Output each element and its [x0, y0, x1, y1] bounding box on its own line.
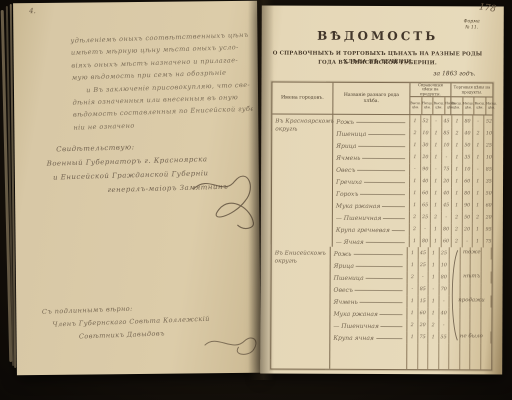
price-value: 1 — [473, 151, 484, 163]
price-value: 40 — [439, 307, 450, 319]
price-value: 1 — [428, 307, 439, 319]
price-value: 10 — [421, 127, 432, 139]
empty-cell — [407, 343, 418, 369]
table-row: Ячмень1201-135110 — [333, 151, 494, 164]
empty-cell — [428, 343, 439, 369]
price-value: 1 — [431, 187, 442, 199]
price-value: 25 — [418, 259, 429, 271]
price-value: 1 — [452, 139, 463, 151]
price-value — [450, 259, 461, 271]
price-value: 80 — [439, 271, 450, 283]
price-value: 80 — [441, 223, 452, 235]
grain-cell: Крупа ячная — [330, 331, 407, 343]
price-value: 60 — [418, 307, 429, 319]
handwritten-dash — [364, 182, 405, 183]
price-value: 1 — [410, 115, 421, 127]
left-page: 4. удѣленіемъ оныхъ соотвѣтственныхъ цѣн… — [13, 1, 261, 376]
signature-block: Свидѣтельствую:Военный Губернаторъ г. Кр… — [44, 137, 255, 199]
price-value: 1 — [452, 115, 463, 127]
subtitle-line-2: ГОДА ВЪ ЕНИСЕЙСКОЙ ГУБЕРНІИ. — [266, 58, 490, 67]
empty-cell — [460, 343, 471, 369]
price-value: 1 — [410, 187, 421, 199]
grain-name: Пшеница — [336, 131, 366, 138]
price-value: 1 — [452, 187, 463, 199]
price-value: 1 — [429, 271, 440, 283]
grain-name: Крупа ячная — [333, 335, 374, 342]
price-value: 10 — [484, 127, 495, 139]
table-row: Крупа ячная175155не было — [330, 331, 491, 344]
handwritten-paragraph: удѣленіемъ оныхъ соотвѣтственныхъ цѣнъ т… — [70, 29, 253, 134]
table-row: Крупа гречневая2-180220195 — [333, 223, 494, 236]
price-value: 2 — [431, 211, 442, 223]
price-value: 40 — [441, 187, 452, 199]
price-value: 40 — [421, 175, 432, 187]
handwritten-dash — [360, 302, 403, 303]
price-value — [449, 307, 460, 319]
grain-name: Ярица — [336, 143, 356, 150]
price-value: - — [439, 295, 450, 307]
handwritten-dash — [356, 122, 405, 123]
price-value: 2 — [407, 319, 418, 331]
subcolumn-header: Высш.цѣн. — [451, 97, 463, 114]
price-value: 25 — [420, 211, 431, 223]
price-value: - — [431, 163, 442, 175]
empty-cell — [470, 343, 481, 369]
price-value: 1 — [428, 331, 439, 343]
price-value: - — [462, 235, 473, 247]
price-value: 45 — [442, 115, 453, 127]
table-row: Мука ржаная160140 — [330, 307, 491, 320]
price-value: 1 — [410, 151, 421, 163]
price-value: 10 — [439, 259, 450, 271]
grain-name: Мука ржаная — [333, 311, 377, 318]
table-body: Въ КрасноярскомъокругѣРожь152-45180-52Пш… — [271, 115, 492, 370]
price-value — [481, 307, 492, 319]
price-value: 1 — [452, 163, 463, 175]
price-value: 2 — [452, 211, 463, 223]
grain-name: Пшеница — [334, 275, 364, 282]
price-value: 40 — [463, 127, 474, 139]
price-value: 1 — [431, 127, 442, 139]
price-value: 35 — [484, 175, 495, 187]
price-value: 1 — [473, 139, 484, 151]
table-row: — Пшеничная2252-250220 — [333, 211, 494, 224]
subcolumn-header: Высш.цѣн. — [475, 97, 487, 114]
grain-name: — Пшеничная — [336, 215, 381, 222]
handwritten-dash — [381, 326, 403, 327]
column-header-grain: Названіе разнаго рода хлѣба. — [333, 83, 410, 115]
price-value — [471, 283, 482, 295]
price-value: 25 — [439, 247, 450, 259]
table-row: — Пшеничная2202- — [330, 319, 491, 332]
price-value: 15 — [418, 295, 429, 307]
price-value: 1 — [407, 295, 418, 307]
grain-cell: Овесъ — [331, 283, 408, 295]
handwritten-dash — [366, 242, 405, 243]
trade-note: не было — [452, 333, 490, 339]
grain-cell: Пшеница — [331, 271, 408, 283]
price-value: - — [420, 223, 431, 235]
table-row: — Ячная1801602-175 — [333, 235, 494, 248]
price-value: 65 — [420, 199, 431, 211]
price-value: 1 — [410, 199, 421, 211]
district-rows: Рожь145125тожеЯрица125110Пшеница2-180нѣт… — [330, 247, 492, 370]
price-value: 10 — [484, 151, 495, 163]
page-title: ВѢДОМОСТЬ — [262, 28, 494, 43]
price-table: Имена городовъ. Названіе разнаго рода хл… — [270, 82, 493, 371]
price-value: 20 — [421, 151, 432, 163]
grain-name: Овесъ — [334, 287, 353, 294]
price-value: 20 — [462, 223, 473, 235]
price-value: 1 — [407, 307, 418, 319]
price-value — [460, 259, 471, 271]
grain-name: Крупа гречневая — [336, 227, 390, 234]
price-value: 2 — [410, 127, 421, 139]
price-value: 1 — [431, 139, 442, 151]
price-value: 50 — [483, 187, 494, 199]
grain-cell: Мука ржаная — [330, 307, 407, 319]
handwritten-dash — [356, 266, 403, 267]
grain-cell: Рожь — [331, 247, 408, 259]
price-value: 50 — [463, 139, 474, 151]
district-section: Въ КрасноярскомъокругѣРожь152-45180-52Пш… — [272, 115, 493, 248]
subcolumn-header: Высш.цѣн. — [410, 97, 422, 114]
price-value: 95 — [483, 223, 494, 235]
table-row: Рожь145125тоже — [331, 247, 492, 260]
grain-cell: Рожь — [333, 115, 410, 127]
group-header-reference-prices: Справочныя цѣны на продукты. Высш.цѣн.Ни… — [410, 83, 451, 115]
price-value — [460, 283, 471, 295]
price-value: 10 — [442, 139, 453, 151]
grain-name: — Ячная — [336, 239, 364, 246]
grain-name: Ячмень — [333, 299, 357, 306]
subcolumn-header: Низш.цѣн. — [486, 97, 497, 114]
district-rows: Рожь152-45180-52Пшеница210185240210Ярица… — [333, 115, 495, 248]
handwritten-dash — [359, 146, 406, 147]
handwritten-dash — [380, 314, 403, 315]
price-value: 80 — [463, 115, 474, 127]
book-gutter-shadow — [248, 0, 274, 380]
price-value: 1 — [410, 235, 421, 247]
price-value: 1 — [431, 199, 442, 211]
price-value: - — [473, 163, 484, 175]
handwritten-dash — [368, 134, 405, 135]
price-value: 52 — [484, 115, 495, 127]
price-value: 70 — [439, 283, 450, 295]
price-value: 1 — [473, 187, 484, 199]
price-value: - — [408, 283, 419, 295]
grain-name: Ярица — [334, 263, 354, 270]
table-row: Горохъ160140180150 — [333, 187, 494, 200]
grain-cell: Ячмень — [333, 151, 410, 163]
price-value: 25 — [484, 139, 495, 151]
grain-cell: — Пшеничная — [330, 319, 407, 331]
price-value: 2 — [452, 223, 463, 235]
right-page: 178 Форма № 11. ВѢДОМОСТЬ О СПРАВОЧНЫХЪ … — [260, 5, 504, 374]
table-row: Гречиха140120160135 — [333, 175, 494, 188]
price-value: 45 — [441, 199, 452, 211]
district-cell: Въ Енисейскомъокругѣ — [271, 247, 331, 369]
table-row: Овесъ-90-75110-85 — [333, 163, 494, 176]
price-value: 1 — [452, 151, 463, 163]
price-value: 20 — [418, 319, 429, 331]
table-row: Ячмень1151-продажи — [330, 295, 491, 308]
price-value: 50 — [462, 211, 473, 223]
certification-note: Съ подлиннымъ вѣрно:Членъ Губернскаго Со… — [42, 298, 263, 345]
price-value: 1 — [410, 139, 421, 151]
column-header-cities: Имена городовъ. — [272, 83, 333, 115]
handwritten-dash — [362, 158, 405, 159]
price-value: 1 — [452, 199, 463, 211]
price-value: - — [418, 271, 429, 283]
handwritten-dash — [355, 290, 403, 291]
grain-cell: — Пшеничная — [333, 211, 410, 223]
price-value: 90 — [462, 199, 473, 211]
price-value: 35 — [463, 151, 474, 163]
price-value: 1 — [473, 235, 484, 247]
price-value: 1 — [408, 247, 419, 259]
district-section: Въ ЕнисейскомъокругѣРожь145125тожеЯрица1… — [271, 247, 492, 370]
district-name: Въ Красноярскомъ — [275, 118, 330, 126]
price-value — [471, 259, 482, 271]
book-photo: 4. удѣленіемъ оныхъ соотвѣтственныхъ цѣн… — [0, 0, 512, 400]
price-value: 85 — [418, 283, 429, 295]
price-value: - — [439, 319, 450, 331]
price-value: 20 — [483, 211, 494, 223]
district-name: округѣ — [275, 258, 328, 266]
table-row: Овесъ-85-70 — [331, 283, 492, 296]
handwritten-dash — [376, 338, 402, 339]
grain-cell: Ячмень — [330, 295, 407, 307]
price-value — [460, 307, 471, 319]
grain-name: Овесъ — [336, 167, 355, 174]
price-value: 1 — [428, 295, 439, 307]
empty-cell — [418, 343, 429, 369]
price-value: 1 — [410, 175, 421, 187]
handwritten-dash — [383, 218, 405, 219]
price-value: 75 — [442, 163, 453, 175]
empty-cell — [439, 343, 450, 369]
district-name: округѣ — [275, 126, 330, 134]
district-cell: Въ Красноярскомъокругѣ — [272, 115, 334, 247]
grain-cell: Крупа гречневая — [333, 223, 410, 235]
price-value: 75 — [483, 235, 494, 247]
trade-note: тоже — [453, 249, 491, 255]
price-value: 2 — [410, 223, 421, 235]
price-value: 1 — [429, 247, 440, 259]
table-row: Пшеница210185240210 — [333, 127, 494, 140]
price-value — [460, 319, 471, 331]
subcolumn-header: Низш.цѣн. — [422, 97, 434, 114]
subcolumn-header: Высш.цѣн. — [434, 97, 446, 114]
price-value — [481, 319, 492, 331]
price-value: 1 — [429, 259, 440, 271]
grain-cell: Ярица — [331, 259, 408, 271]
price-value: 1 — [408, 259, 419, 271]
price-value: - — [441, 211, 452, 223]
price-value: 55 — [439, 331, 450, 343]
price-value: 1 — [431, 235, 442, 247]
price-value: 2 — [428, 319, 439, 331]
empty-cell — [449, 343, 460, 369]
subcolumn-header: Низш.цѣн. — [463, 97, 475, 114]
price-value — [481, 259, 492, 271]
grain-name: Гречиха — [336, 179, 362, 186]
price-value: 1 — [407, 331, 418, 343]
price-value: 1 — [473, 199, 484, 211]
grain-name: Горохъ — [336, 191, 358, 198]
handwritten-dash — [366, 278, 403, 279]
table-row: Мука ржаная165145190160 — [333, 199, 494, 212]
price-value — [450, 283, 461, 295]
grain-cell: — Ячная — [333, 235, 410, 247]
trade-note: продажи — [453, 297, 491, 303]
price-value: 80 — [420, 235, 431, 247]
table-row: Пшеница2-180нѣтъ — [331, 271, 492, 284]
handwritten-dash — [357, 170, 405, 171]
folio-number: 178 — [478, 2, 496, 14]
price-value: 60 — [483, 199, 494, 211]
table-row: Ярица125110 — [331, 259, 492, 272]
price-value: 90 — [421, 163, 432, 175]
price-value: 2 — [473, 211, 484, 223]
price-value — [470, 319, 481, 331]
grain-cell — [330, 343, 407, 369]
grain-cell: Мука ржаная — [333, 199, 410, 211]
table-row: Ярица130110150125 — [333, 139, 494, 152]
grain-cell: Ярица — [333, 139, 410, 151]
price-value — [449, 319, 460, 331]
empty-cell — [481, 343, 492, 369]
year-line: за 1863 годъ. — [433, 70, 475, 77]
handwritten-dash — [382, 206, 405, 207]
price-value: - — [431, 115, 442, 127]
corner-mark: 4. — [29, 7, 36, 15]
price-value: 60 — [463, 175, 474, 187]
price-value: 1 — [473, 223, 484, 235]
handwritten-dash — [353, 254, 402, 255]
grain-name: Рожь — [334, 251, 352, 258]
price-value: 10 — [463, 163, 474, 175]
district-name: Въ Енисейскомъ — [275, 250, 328, 258]
price-value: 20 — [442, 175, 453, 187]
price-value: 2 — [452, 235, 463, 247]
price-value: - — [473, 115, 484, 127]
price-value — [470, 307, 481, 319]
price-value: - — [410, 163, 421, 175]
price-value: - — [442, 151, 453, 163]
price-value: - — [429, 283, 440, 295]
group-header-trade-prices: Торговыя цѣны на продукты. Высш.цѣн.Низш… — [451, 83, 492, 115]
price-value: 1 — [431, 151, 442, 163]
grain-cell: Овесъ — [333, 163, 410, 175]
handwritten-dash — [392, 230, 405, 231]
grain-cell: Гречиха — [333, 175, 410, 187]
handwritten-dash — [360, 194, 405, 195]
grain-name: Рожь — [336, 119, 354, 126]
price-value — [481, 283, 492, 295]
price-value: 45 — [418, 247, 429, 259]
price-value: 1 — [452, 175, 463, 187]
trade-note: нѣтъ — [453, 273, 491, 279]
price-value: 1 — [431, 223, 442, 235]
price-value: 60 — [441, 235, 452, 247]
price-value: 1 — [473, 175, 484, 187]
grain-name: — Пшеничная — [333, 323, 378, 330]
price-value: 2 — [408, 271, 419, 283]
price-value: 85 — [484, 163, 495, 175]
price-value: 2 — [452, 127, 463, 139]
price-value: 30 — [421, 139, 432, 151]
grain-name: Ячмень — [336, 155, 360, 162]
empty-row — [330, 343, 491, 370]
grain-name: Мука ржаная — [336, 203, 380, 210]
price-value: 1 — [431, 175, 442, 187]
price-value: 60 — [420, 187, 431, 199]
price-value: 52 — [421, 115, 432, 127]
grain-cell: Горохъ — [333, 187, 410, 199]
price-value: 75 — [418, 331, 429, 343]
price-value: 2 — [410, 211, 421, 223]
price-value: 85 — [442, 127, 453, 139]
price-value: 80 — [462, 187, 473, 199]
grain-cell: Пшеница — [333, 127, 410, 139]
table-row: Рожь152-45180-52 — [333, 115, 494, 128]
price-value: 2 — [473, 127, 484, 139]
